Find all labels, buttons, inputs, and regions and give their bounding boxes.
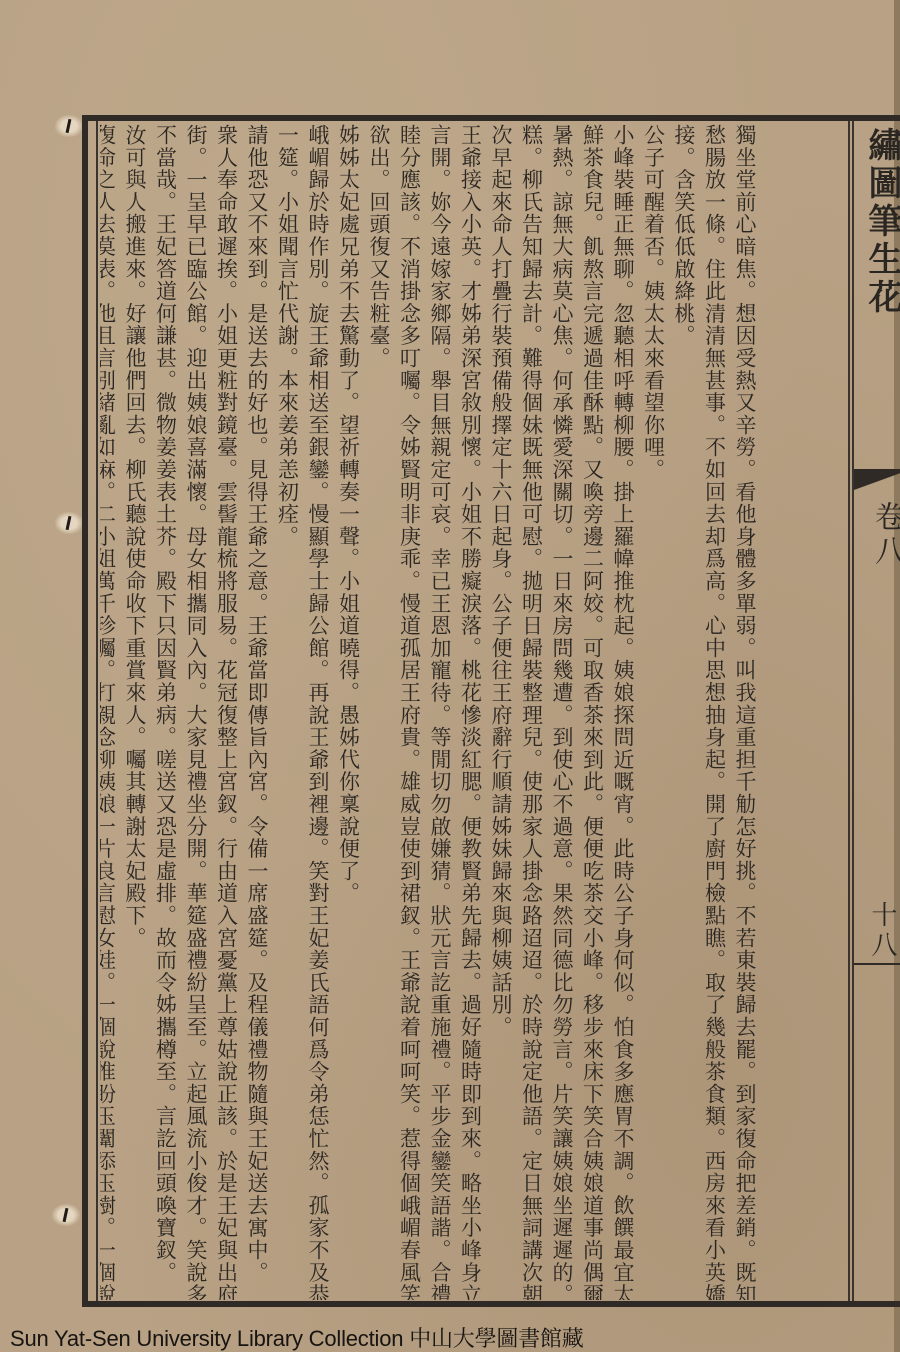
- banxin-divider: [854, 963, 900, 965]
- book-title: 繡圖筆生花: [858, 127, 900, 317]
- text-column: 暑熱。諒無大病莫心焦。何承憐愛深關切。一日來房問幾遭。到使心不過意。果然同德比勿…: [547, 124, 578, 1300]
- text-column: 峨嵋歸於時作別。旋王爺相送至銀鑾。慢顯學士歸公館。再說王爺到裡邊。笑對王妃姜氏語…: [303, 124, 334, 1300]
- text-column: 一筵。小姐聞言忙代謝。本來姜弟恙初痊。: [272, 124, 303, 1300]
- text-column: 欲出。回頭復又告粧臺。: [364, 124, 395, 1300]
- text-column: 鮮茶食兒。飢熬言完遞過佳酥點。又喚旁邊二阿姣。可取香茶來到此。便便吃茶交小峰。移…: [577, 124, 608, 1300]
- text-column: 汝可與人搬進來。好讓他們回去。柳氏聽說使命收下重賞來人。囑其轉謝太妃殿下。: [120, 124, 151, 1300]
- text-column: 姊姊太妃處兄弟不去驚動了。望祈轉奏一聲。小姐道曉得。愚姊代你稟說便了。: [333, 124, 364, 1300]
- main-text-columns: 獨坐堂前心暗焦。想因受熱又辛勞。看他身體多單弱。叫我這重担千觔怎好挑。不若東裝歸…: [100, 124, 760, 1300]
- margin-divider-line: [848, 121, 850, 1301]
- text-column: 獨坐堂前心暗焦。想因受熱又辛勞。看他身體多單弱。叫我這重担千觔怎好挑。不若東裝歸…: [730, 124, 761, 1300]
- text-column: 公子可醒着否。姨太太來看望你哩。: [638, 124, 669, 1300]
- text-column: 接。含笑低低啟絳桃。: [669, 124, 700, 1300]
- text-column: 衆人奉命敢遲挨。小姐更粧對鏡臺。雲髻龍梳將服易。花冠復整上宮釵。行由道入宮憂黨上…: [211, 124, 242, 1300]
- text-column: 小峰裝睡正無聊。忽聽相呼轉柳腰。掛上羅幃推枕起。姨娘探問近嘅宵。此時公子身何似。…: [608, 124, 639, 1300]
- binding-hole-icon: [52, 1204, 80, 1226]
- text-column: 愁腸放一條。住此清清無甚事。不如回去却爲高。心中思想抽身起。開了廚門檢點瞧。取了…: [699, 124, 730, 1300]
- text-column: 睦分應該。不消掛念多叮囑。令姊賢明非庚乖。慢道孤居王府貴。雄威豈使到裙釵。王爺說…: [394, 124, 425, 1300]
- collection-caption: Sun Yat-Sen University Library Collectio…: [10, 1322, 584, 1352]
- text-column: 請他恐又不來到。是送去的好也。見得王爺之意。王爺當即傳旨內宮。令備一席盛筵。及程…: [242, 124, 273, 1300]
- text-column: 糕。柳氏告知歸去計。難得個妹既無他可慰。拋明日歸裝整理兒。使那家人掛念路迢迢。於…: [516, 124, 547, 1300]
- page-number: 十八: [864, 901, 900, 961]
- text-column: 王爺接入小英。才姊弟深宮敘別懷。小姐不勝癡淚落。桃花慘淡紅腮。便教賢弟先歸去。過…: [455, 124, 486, 1300]
- center-margin-banxin: 繡圖筆生花 卷八 十八: [854, 121, 900, 1301]
- text-column: 復命之人去莫表。他且言別緒亂如麻。二小姐萬千珍囑。打親念柳姨娘一片良言慰女娃。一…: [100, 124, 120, 1300]
- binding-hole-icon: [55, 512, 83, 534]
- text-column: 不當哉。王妃答道何謙甚。微物姜姜表土芥。殿下只因賢弟病。嗟送又恐是虛排。故而令姊…: [150, 124, 181, 1300]
- text-column: 言開。妳今遠嫁家鄉隔。舉目無親定可哀。幸已王恩加寵待。等閒切勿啟嫌猜。狀元言訖重…: [425, 124, 456, 1300]
- text-column: 街。一呈早已臨公館。迎出姨娘喜滿懷。母女相攜同入內。大家見禮坐分開。華筵盛禮紛呈…: [181, 124, 212, 1300]
- text-column: 次早起來命人打疊行裝預備般擇定十六日起身。公子便往王府辭行順請姊妹歸來與柳姨話別…: [486, 124, 517, 1300]
- frame-inner-line: [96, 121, 98, 1301]
- scanned-book-page: 獨坐堂前心暗焦。想因受熱又辛勞。看他身體多單弱。叫我這重担千觔怎好挑。不若東裝歸…: [0, 0, 900, 1352]
- binding-hole-icon: [55, 115, 83, 137]
- volume-label: 卷八: [864, 501, 900, 569]
- fishtail-mark-icon: [854, 471, 900, 493]
